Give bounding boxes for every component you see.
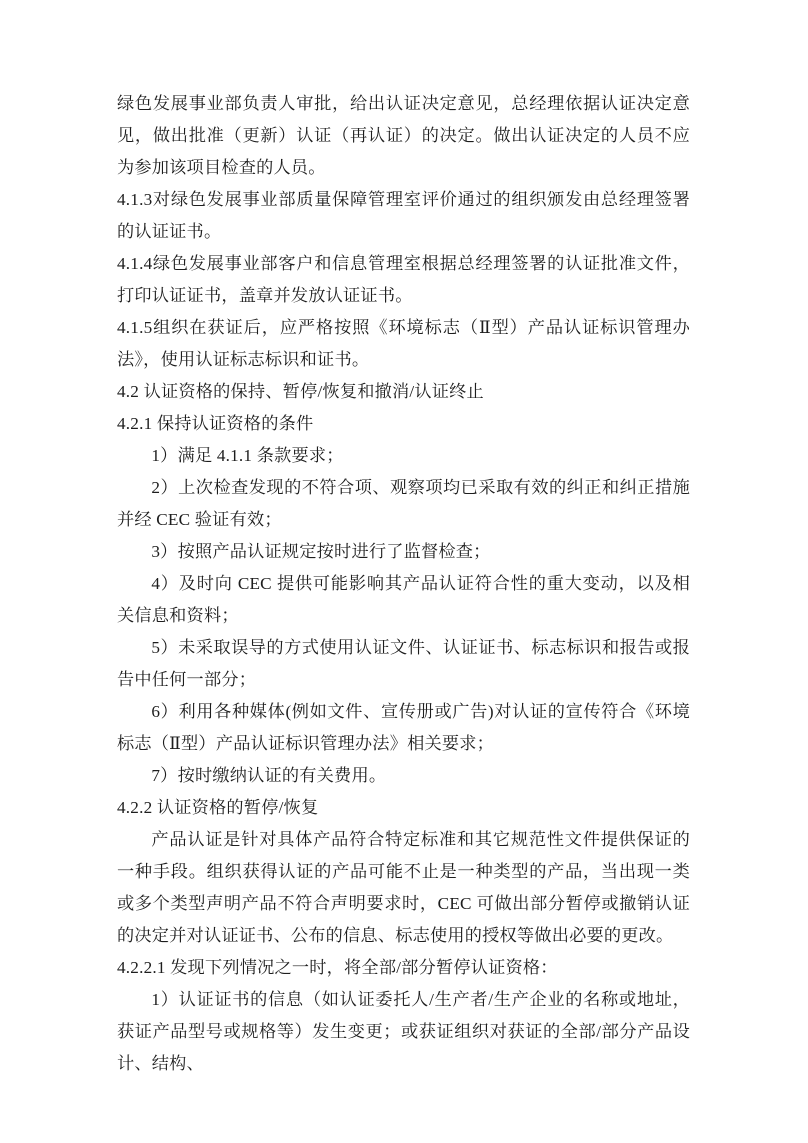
para-4-1-5: 4.1.5组织在获证后，应严格按照《环境标志（Ⅱ型）产品认证标识管理办法》，使用…: [117, 312, 690, 376]
list-item-suspend-1: 1）认证证书的信息（如认证委托人/生产者/生产企业的名称或地址，获证产品型号或规…: [117, 984, 690, 1080]
heading-4-2-2-1: 4.2.2.1 发现下列情况之一时，将全部/部分暂停认证资格：: [117, 952, 690, 984]
para-4-1-4: 4.1.4绿色发展事业部客户和信息管理室根据总经理签署的认证批准文件，打印认证证…: [117, 248, 690, 312]
list-item-3: 3）按照产品认证规定按时进行了监督检查；: [117, 536, 690, 568]
para-continuation: 绿色发展事业部负责人审批，给出认证决定意见，总经理依据认证决定意见，做出批准（更…: [117, 88, 690, 184]
para-4-2-2-body: 产品认证是针对具体产品符合特定标准和其它规范性文件提供保证的一种手段。组织获得认…: [117, 824, 690, 952]
list-item-2: 2）上次检查发现的不符合项、观察项均已采取有效的纠正和纠正措施并经 CEC 验证…: [117, 472, 690, 536]
heading-4-2: 4.2 认证资格的保持、暂停/恢复和撤消/认证终止: [117, 376, 690, 408]
para-4-1-3: 4.1.3对绿色发展事业部质量保障管理室评价通过的组织颁发由总经理签署的认证证书…: [117, 184, 690, 248]
document-body: 绿色发展事业部负责人审批，给出认证决定意见，总经理依据认证决定意见，做出批准（更…: [117, 88, 690, 1080]
list-item-6: 6）利用各种媒体(例如文件、宣传册或广告)对认证的宣传符合《环境标志（Ⅱ型）产品…: [117, 696, 690, 760]
heading-4-2-1: 4.2.1 保持认证资格的条件: [117, 408, 690, 440]
list-item-4: 4）及时向 CEC 提供可能影响其产品认证符合性的重大变动，以及相关信息和资料；: [117, 568, 690, 632]
list-item-7: 7）按时缴纳认证的有关费用。: [117, 760, 690, 792]
document-page: 绿色发展事业部负责人审批，给出认证决定意见，总经理依据认证决定意见，做出批准（更…: [0, 0, 808, 1143]
list-item-5: 5）未采取误导的方式使用认证文件、认证证书、标志标识和报告或报告中任何一部分；: [117, 632, 690, 696]
list-item-1: 1）满足 4.1.1 条款要求；: [117, 440, 690, 472]
heading-4-2-2: 4.2.2 认证资格的暂停/恢复: [117, 792, 690, 824]
